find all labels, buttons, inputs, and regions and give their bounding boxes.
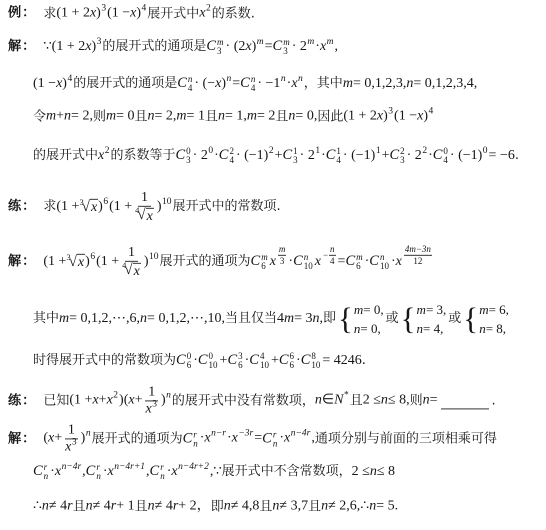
math-run: ≠ 4,8 (231, 499, 260, 516)
variable: N (334, 393, 343, 410)
left-brace: { (463, 307, 478, 332)
math-run: = (338, 254, 346, 271)
text-run: 则 (93, 109, 106, 125)
script-stack: 14 (336, 147, 341, 165)
math-run: (1 + 2 (343, 109, 377, 126)
text-run: 的系数. (212, 6, 255, 22)
math-run: · 2 (193, 148, 208, 165)
line-3: (1 − x)4的展开式的通项是Cn4 · (−x)n = Cn4 · −1n … (33, 75, 477, 93)
exponent-numerator: m (278, 244, 287, 255)
math-run: = 8, (486, 321, 506, 337)
math-run: ∈ (322, 393, 334, 410)
cases-row: m = 6, (479, 302, 509, 318)
line-6: 练：求(1 + 3√x)6(1 + 14√x)10展开式中的常数项. (8, 190, 281, 224)
text-run: 的展开式的通项是 (73, 76, 177, 92)
fraction-numerator: 1 (125, 245, 138, 262)
combination-symbol: Cn10 (293, 253, 315, 271)
text-run: 求 (43, 6, 56, 22)
math-run: 4 (277, 311, 284, 328)
text-run: 且 (135, 499, 148, 515)
variable: x (55, 464, 61, 481)
script-stack: 04 (443, 147, 448, 165)
superscript: m (327, 37, 334, 48)
text-run: 的展开式的通项是 (102, 39, 206, 55)
fraction-numerator: 1 (138, 190, 151, 207)
math-run: · (− (194, 76, 215, 93)
math-run: = 0, (363, 302, 383, 318)
line-9: 时得展开式中的常数项为C06 · C010 + C36 · C410 + C66… (33, 352, 366, 370)
combination-base: C (282, 147, 292, 164)
cases-row: m = 0, (354, 302, 384, 318)
variable: x (98, 148, 104, 165)
cases-rows: m = 3,n = 4, (417, 302, 447, 336)
line-8: 其中m = 0,1,2,⋯,6, n = 0,1,2,⋯,10,当且仅当4m =… (33, 302, 511, 336)
math-run: + (271, 353, 279, 370)
script-stack: 24 (229, 147, 234, 165)
script-stack: 66 (290, 352, 295, 370)
variable: n (313, 311, 320, 328)
text-run: 已知 (43, 393, 69, 409)
text-run: 其中 (33, 311, 59, 327)
cases-row: n = 0, (354, 321, 384, 337)
text-run: ∵ (43, 39, 51, 55)
script-stack: 03 (186, 147, 191, 165)
cases-rows: m = 6,n = 8, (479, 302, 509, 336)
variable: n (224, 499, 231, 516)
combination-subscript: 3 (186, 156, 191, 165)
math-run: · (−1) (236, 148, 268, 165)
math-run: ) (161, 393, 166, 410)
combination-symbol: C14 (326, 147, 343, 165)
combination-base: C (227, 352, 237, 369)
problem-label: 解： (8, 39, 36, 55)
variable: x (204, 431, 210, 448)
math-run: · (−1) (450, 148, 482, 165)
combination-base: C (293, 253, 303, 270)
variable: x (108, 464, 114, 481)
superscript: 4 (142, 4, 147, 15)
math-run: (1 + (109, 199, 132, 216)
math-run: ) (423, 109, 428, 126)
variable: n (64, 109, 71, 126)
combination-base: C (326, 147, 336, 164)
variable: m (59, 311, 69, 328)
combination-symbol: Cn4 (240, 75, 257, 93)
variable: x (320, 39, 326, 56)
variable: n (148, 499, 155, 516)
math-run: 1 (68, 422, 75, 438)
left-brace: { (401, 307, 416, 332)
radicand: x (146, 208, 154, 225)
text-run: 即 (323, 311, 336, 327)
math-run: ≤ 8 (377, 464, 395, 481)
variable: n (406, 76, 413, 93)
superscript: 0 (208, 146, 213, 157)
variable: n (369, 499, 376, 516)
combination-symbol: C24 (219, 147, 236, 165)
combination-symbol: Cm6 (251, 253, 270, 271)
exponent-fraction: m3 (278, 244, 287, 266)
radical-index: 4 (135, 206, 139, 216)
variable: x (171, 464, 177, 481)
combination-subscript: n (273, 439, 278, 448)
math-run: + (54, 431, 62, 448)
text-run: . (492, 393, 496, 409)
combination-subscript: 4 (188, 84, 193, 93)
superscript: m (307, 37, 314, 48)
math-run: · 2 (292, 39, 307, 56)
combination-symbol: Crn (262, 430, 279, 448)
superscript: m (257, 37, 264, 48)
fraction-denominator: 4√x (121, 262, 142, 279)
variable: n (288, 109, 295, 126)
variable: n (315, 393, 322, 410)
combination-symbol: C03 (176, 147, 193, 165)
superscript: n−4r (62, 462, 82, 473)
math-run: ) (221, 76, 226, 93)
math-run: 2 ≤ (363, 393, 381, 410)
math-run: (1 + (96, 254, 119, 271)
math-run: + (99, 393, 107, 410)
combination-base: C (86, 463, 96, 480)
math-run: = 6, (489, 302, 509, 318)
superscript: n (166, 391, 171, 402)
combination-subscript: 3 (283, 47, 290, 56)
line-7: 解：(1 + 3√x)6(1 + 14√x)10展开式的通项为Cm6xm3 · … (8, 245, 434, 279)
combination-symbol: Cn4 (177, 75, 194, 93)
combination-base: C (33, 463, 43, 480)
exponent-fraction: 4m−3n12 (404, 244, 432, 266)
script-stack: 36 (238, 352, 243, 370)
script-stack: m6 (261, 253, 268, 271)
combination-symbol: C010 (198, 352, 220, 370)
script-stack: rn (273, 430, 278, 448)
combination-subscript: 3 (400, 156, 405, 165)
math-run: = 2, (71, 109, 93, 126)
math-run: ) (98, 199, 103, 216)
superscript: 4 (67, 74, 72, 85)
superscript: 0 (483, 146, 488, 157)
math-run: = 0 (116, 109, 134, 126)
line-4: 令m + n = 2,则m = 0且n = 2, m = 1且n = 1, m … (33, 109, 434, 126)
math-run: ∴ (33, 499, 42, 516)
superscript: n (281, 74, 286, 85)
script-stack: rn (96, 463, 101, 481)
math-run: + (56, 109, 64, 126)
line-1: 例：求(1 + 2x)3(1 − x)4展开式中x2的系数. (8, 6, 255, 23)
math-run: (1 + 2 (56, 6, 90, 23)
math-run: (1 − (394, 109, 417, 126)
line-12: Crn · xn−4r, Crn · xn−4r+1, Crn · xn−4r+… (33, 463, 395, 481)
math-run: = (265, 39, 273, 56)
math-run: (1 − (33, 76, 56, 93)
document: 例：求(1 + 2x)3(1 − x)4展开式中x2的系数.解：∵(1 + 2x… (0, 0, 546, 530)
combination-base: C (240, 75, 250, 92)
combination-subscript: 4 (229, 156, 234, 165)
math-run: ≠ 4 (93, 499, 111, 516)
radical-index: 4 (122, 261, 126, 271)
exponent-fraction-stack: 4m−3n12 (404, 244, 432, 266)
variable: x (270, 254, 276, 271)
variable: x (146, 402, 152, 418)
variable: m (354, 302, 363, 318)
cases-row: n = 4, (417, 321, 447, 337)
variable: n (148, 109, 155, 126)
combination-symbol: Crn (86, 463, 103, 481)
math-run: · (−1) (343, 148, 375, 165)
math-run: · 2 (300, 148, 315, 165)
superscript: 2 (422, 146, 427, 157)
combination-base: C (206, 38, 216, 55)
combination-subscript: 10 (209, 361, 218, 370)
text-run: 当且仅当 (225, 311, 277, 327)
combination-base: C (176, 352, 186, 369)
superscript: 3 (152, 400, 157, 411)
math-run: 1 (148, 384, 155, 400)
math-run: ) (81, 431, 86, 448)
combination-base: C (369, 253, 379, 270)
math-run: ≠ 2,6, (328, 499, 360, 516)
combination-subscript: 3 (217, 47, 224, 56)
variable: x (315, 254, 321, 271)
text-run: 且 (275, 109, 288, 125)
superscript: 4 (429, 107, 434, 118)
problem-label: 解： (8, 431, 36, 447)
radical-index: 3 (79, 197, 83, 207)
radical: 4√x (135, 207, 154, 224)
exponent-denominator: 12 (413, 256, 422, 266)
radical: 3√x (66, 253, 85, 271)
math-run: + 2， (178, 499, 210, 516)
math-run: = (430, 393, 438, 410)
superscript: 1 (376, 146, 381, 157)
answer-blank (441, 397, 489, 410)
script-stack: n4 (251, 75, 256, 93)
script-stack: n10 (304, 253, 313, 271)
fraction-denominator: x3 (145, 402, 159, 418)
radicand: x (90, 199, 98, 217)
fraction: 14√x (134, 190, 155, 224)
variable: n (381, 393, 388, 410)
text-run: 且 (205, 109, 218, 125)
combination-subscript: 6 (356, 262, 363, 271)
superscript: n−4r (291, 429, 311, 440)
text-run: 且 (350, 393, 363, 409)
superscript: 1 (315, 146, 320, 157)
math-run: ) (62, 76, 67, 93)
math-run: = (232, 76, 240, 93)
combination-subscript: 4 (443, 156, 448, 165)
script-stack: m3 (217, 38, 224, 56)
variable: m (247, 109, 257, 126)
superscript: 2 (269, 146, 274, 157)
radical: 3√x (79, 198, 98, 216)
cases-group: {m = 6,n = 8, (463, 302, 509, 336)
math-run: = 2, (155, 109, 177, 126)
math-run: = 3 (294, 311, 312, 328)
math-run: (1 + (56, 199, 79, 216)
math-run: = 0,1,2,⋯,6, (69, 311, 140, 328)
text-run: 且 (135, 109, 148, 125)
combination-base: C (183, 430, 193, 447)
math-run: (1 − (107, 6, 130, 23)
variable: n (370, 464, 377, 481)
variable: x (199, 6, 205, 23)
text-run: 展开式的通项为 (160, 254, 251, 270)
radicand: x (77, 254, 85, 272)
math-run: (1 + (43, 254, 66, 271)
combination-symbol: C23 (389, 147, 406, 165)
math-run: = 0,1,2,⋯,10, (147, 311, 225, 328)
variable: x (65, 440, 71, 456)
text-run: 时得展开式中的常数项为 (33, 353, 176, 369)
text-run: 的展开式中 (33, 148, 98, 164)
text-run: 通项分别与前面的三项相乘可得 (315, 431, 497, 447)
superscript: 3 (388, 107, 393, 118)
math-run: ) (91, 39, 96, 56)
radicand: x (133, 263, 141, 280)
combination-base: C (150, 463, 160, 480)
math-run: ) (252, 39, 257, 56)
combination-symbol: Cn10 (369, 253, 391, 271)
math-run: (1 + 2 (52, 39, 86, 56)
superscript: 6 (90, 252, 95, 263)
superscript: 2 (113, 391, 118, 402)
combination-subscript: 10 (311, 361, 320, 370)
superscript: 10 (149, 252, 159, 263)
text-run: 展开式的通项为 (92, 431, 183, 447)
superscript: 3 (97, 37, 102, 48)
text-run: ∵展开式中不含常数项， (213, 464, 351, 480)
combination-subscript: 6 (238, 361, 243, 370)
exponent-fraction-stack: m3 (278, 244, 287, 266)
math-run: 1 (128, 245, 135, 261)
variable: x (284, 431, 290, 448)
variable: n (140, 311, 147, 328)
combination-base: C (301, 352, 311, 369)
fraction: 14√x (121, 245, 142, 279)
combination-base: C (345, 253, 355, 270)
combination-subscript: 10 (260, 361, 269, 370)
superscript: n−4r+2 (178, 462, 209, 473)
combination-base: C (251, 253, 261, 270)
math-run: = (254, 431, 262, 448)
problem-label: 解： (8, 254, 36, 270)
combination-subscript: n (96, 472, 101, 481)
script-stack: 010 (209, 352, 218, 370)
text-run: 的系数等于 (110, 148, 175, 164)
superscript: 2 (105, 146, 110, 157)
math-run: ≠ 3,7 (279, 499, 308, 516)
combination-base: C (262, 430, 272, 447)
fraction: 1x3 (145, 384, 159, 417)
text-run: 且 (259, 499, 272, 515)
line-13: ∴n ≠ 4r且n ≠ 4r + 1且n ≠ 4r + 2，即n ≠ 4,8且n… (33, 499, 398, 516)
superscript: n−4r+1 (114, 462, 145, 473)
combination-symbol: Crn (150, 463, 167, 481)
variable: n (272, 499, 279, 516)
superscript: n (298, 74, 303, 85)
math-run: ∴ (360, 499, 369, 516)
combination-base: C (389, 147, 399, 164)
script-stack: rn (160, 463, 165, 481)
math-run: ) (85, 254, 90, 271)
combination-subscript: 10 (380, 262, 389, 271)
exponent-fraction-stack: n4 (329, 244, 336, 266)
text-run: 展开式中的常数项. (173, 199, 281, 215)
math-run: = 0,1,2,3,4, (413, 76, 477, 93)
variable: n (218, 109, 225, 126)
text-run: ，其中 (304, 76, 343, 92)
math-run: , (335, 39, 339, 56)
math-run: ) (157, 199, 162, 216)
cases-rows: m = 0,n = 0, (354, 302, 384, 336)
superscript: n (227, 74, 232, 85)
script-stack: 13 (293, 147, 298, 165)
variable: n (86, 499, 93, 516)
math-run: = 4, (423, 321, 443, 337)
line-10: 练：已知(1 + x + x2)(x + 1x3)n的展开式中没有常数项，n ∈… (8, 384, 496, 417)
left-brace: { (338, 307, 353, 332)
exponent-denominator: 4 (330, 256, 335, 266)
combination-symbol: C06 (176, 352, 193, 370)
variable: x (107, 393, 113, 410)
math-run: = −6 (489, 148, 515, 165)
math-run: = 2 (257, 109, 275, 126)
superscript: n (86, 429, 91, 440)
combination-subscript: 6 (290, 361, 295, 370)
variable: x (232, 431, 238, 448)
script-stack: 23 (400, 147, 405, 165)
superscript: 3 (72, 438, 77, 449)
math-run: + (135, 393, 143, 410)
math-run: · 2 (407, 148, 422, 165)
variable: m (106, 109, 116, 126)
text-run: 展开式中 (147, 6, 199, 22)
script-stack: m6 (356, 253, 363, 271)
text-run: 因此 (317, 109, 343, 125)
variable: n (42, 499, 49, 516)
combination-symbol: Cm3 (273, 38, 292, 56)
script-stack: n10 (380, 253, 389, 271)
exponent-numerator: 4m−3n (404, 244, 432, 255)
text-run: . (362, 353, 366, 369)
line-5: 的展开式中x2的系数等于C03 · 20 · C24 · (−1)2 + C13… (33, 147, 519, 165)
combination-subscript: 3 (293, 156, 298, 165)
combination-base: C (433, 147, 443, 164)
math-run: = 0, (360, 321, 380, 337)
math-run: = 1, (225, 109, 247, 126)
text-run: 即 (211, 499, 224, 515)
combination-symbol: Cm6 (345, 253, 364, 271)
superscript: −3r (238, 429, 253, 440)
combination-subscript: 6 (187, 361, 192, 370)
radical: 4√x (122, 262, 141, 279)
combination-subscript: n (193, 439, 198, 448)
problem-label: 练： (8, 393, 36, 409)
script-stack: rn (44, 463, 49, 481)
math-run: · −1 (257, 76, 280, 93)
math-run: ) (144, 254, 149, 271)
math-run: ≠ 4 (155, 499, 173, 516)
line-2: 解：∵(1 + 2x)3的展开式的通项是Cm3 · (2x)m = Cm3 · … (8, 38, 338, 56)
combination-symbol: C04 (433, 147, 450, 165)
cases-row: n = 8, (479, 321, 509, 337)
combination-subscript: n (44, 472, 49, 481)
math-run: ≤ 8, (388, 393, 410, 410)
text-run: 或 (386, 311, 399, 327)
cases-row: m = 3, (417, 302, 447, 318)
